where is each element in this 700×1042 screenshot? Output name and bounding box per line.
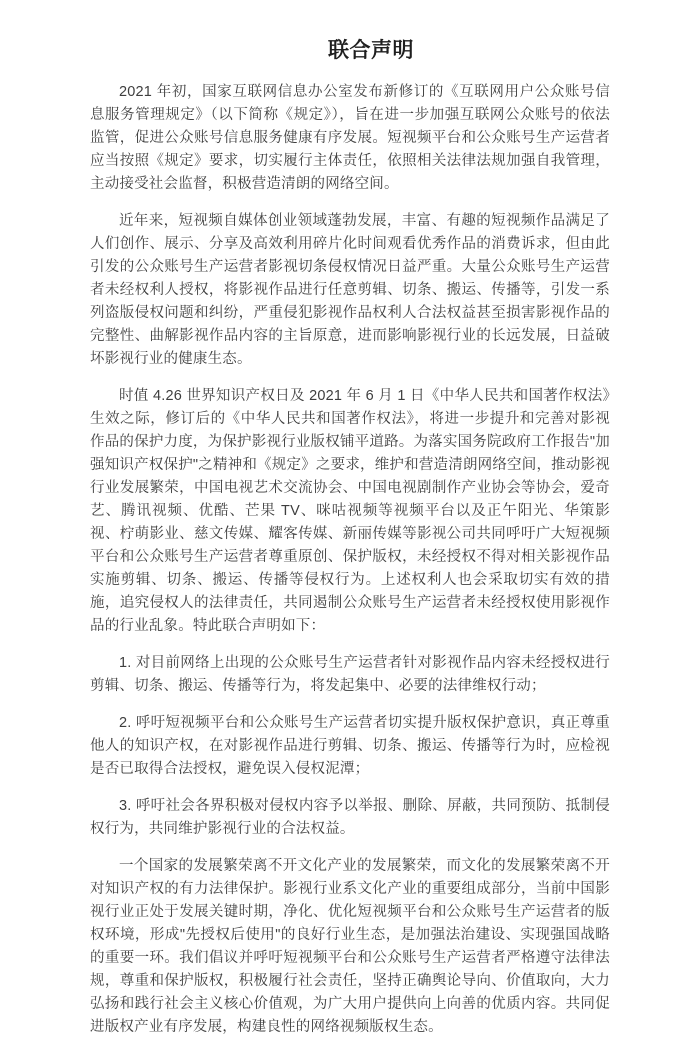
statement-item-2: 2. 呼吁短视频平台和公众账号生产运营者切实提升版权保护意识，真正尊重他人的知识… — [90, 712, 610, 781]
statement-item-3: 3. 呼吁社会各界积极对侵权内容予以举报、删除、屏蔽，共同预防、抵制侵权行为，共… — [90, 795, 610, 841]
paragraph-copyright-law-appeal: 时值 4.26 世界知识产权日及 2021 年 6 月 1 日《中华人民共和国著… — [90, 385, 610, 638]
document-title: 联合声明 — [90, 36, 610, 66]
paragraph-infringement-background: 近年来，短视频自媒体创业领域蓬勃发展，丰富、有趣的短视频作品满足了人们创作、展示… — [90, 210, 610, 371]
statement-item-1: 1. 对目前网络上出现的公众账号生产运营者针对影视作品内容未经授权进行剪辑、切条… — [90, 652, 610, 698]
paragraph-conclusion: 一个国家的发展繁荣离不开文化产业的发展繁荣，而文化的发展繁荣离不开对知识产权的有… — [90, 855, 610, 1039]
paragraph-intro-regulation: 2021 年初，国家互联网信息办公室发布新修订的《互联网用户公众账号信息服务管理… — [90, 81, 610, 196]
joint-statement-page: 联合声明 2021 年初，国家互联网信息办公室发布新修订的《互联网用户公众账号信… — [0, 0, 700, 1042]
